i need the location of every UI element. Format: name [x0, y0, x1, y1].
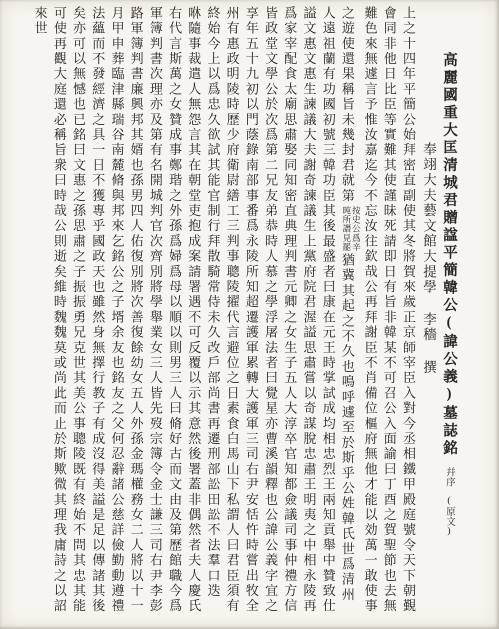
author-name: 李穡: [418, 312, 438, 343]
column-text: 猶冀其起之不久也鳴呼遽至於斯乎公姓韓氏世爲清州: [340, 253, 355, 603]
text-column-17: 法蘊而不發經濟之具一日不獲專乎國政天也雖然身無擇行教子有成沒得美謚是足以傳諸其後: [88, 6, 107, 625]
title-subtitle: 幷序: [438, 467, 459, 487]
text-column-12: 咻隨事裁遣人無怨言其在朝堂吏抱成案請署遇不可反覆以示其意然後署蓋非偶然者夫人慶氏: [184, 6, 203, 625]
title-edition-note: (原文): [438, 496, 459, 537]
author-column: 奉翊大夫藝文館大提學李穡撰: [418, 6, 438, 625]
text-column-4: 之遊使還果稱旨未幾封君就第按史公爲辛旽所譖見罷猶冀其起之不久也鳴呼遽至於斯乎公姓…: [338, 6, 361, 625]
text-column-10: 州有惠政明陵時歷少府衛尉繕工三判事聰陵擢代言避位之日素食白馬山下私謂人曰君臣須有: [222, 6, 241, 625]
text-column-11: 終始今上以爲忠久欲試其能官制行拜散騎常侍未久改戶部尚書再遷刑部訟田訟不法羣口迭: [203, 6, 222, 625]
text-column-9: 享年五十九初以門蔭錄南部事番爲永陵所知超遷護軍累轉大護軍三司右尹安恬忤時嘗出牧全: [242, 6, 261, 625]
text-column-13: 右代言斯萬之女贊成事鄭瑎之外孫爲婦爲母以順以則男三人曰脩好古而文由及第歷館職今爲: [165, 6, 184, 625]
title-parenthetical: (諱公義): [441, 315, 457, 406]
text-column-16: 月甲申葬臨津縣瑞谷南麓脩與邦來乞銘公之子壻余友也銘友之父何忍辭諸公慈詳儉勤動遵禮: [107, 6, 126, 625]
text-column-19: 可使再觀大庭還必稱旨衆曰時哉公則逝矣維時魏魏莫或尚此而止於斯歟微其理我庸詩之以詔: [50, 6, 69, 625]
closing-column: 來世: [30, 6, 49, 625]
interlinear-note-line: 旽所譖見罷: [341, 206, 351, 252]
text-column-18: 矣亦可以無憾也已銘曰文惠之孫思肅之子振振勇兄克世其美公事聰陵既有終始不問其忠其能: [69, 6, 88, 625]
interlinear-note-line: 按史公爲辛: [351, 206, 361, 252]
title-column: 高麗國重大匡清城君贈諡平簡韓公(諱公義)墓誌銘幷序(原文): [438, 6, 459, 625]
text-column-5: 人遠祖蘭有功國初號三韓功臣其後最盛者曰康在元王時掌試成均相忠烈王兩知貢舉中贊致仕: [318, 6, 337, 625]
author-office: 奉翊大夫藝文館大提學: [421, 142, 436, 295]
author-verb: 撰: [418, 360, 438, 375]
text-column-7: 爲家宰配食太廟思肅娶同知密直典理判書元卿之女生子五人大淳卒官知都僉議司事仲禮方信: [280, 6, 299, 625]
title-text: 高麗國重大匡清城君贈諡平簡韓公: [441, 52, 457, 315]
text-columns: 高麗國重大匡清城君贈諡平簡韓公(諱公義)墓誌銘幷序(原文) 奉翊大夫藝文館大提學…: [14, 6, 459, 625]
text-column-1: 上之十四年平簡公始拜密直副使其冬將賀來歲正京師宰臣入對今丞相鐵甲殿庭號令天下朝覲: [399, 6, 418, 625]
text-column-14: 軍簿判書次理亦及第有名開城判官次齊別將學舉業女三人皆先歿宗簿令金士謙三司右尹李彭: [146, 6, 165, 625]
interlinear-note: 按史公爲辛旽所譖見罷: [341, 206, 360, 252]
text-column-8: 皆政堂文學公於次爲第二兄友弟恭時人慕之學浮屠法者曰覺星亦曹溪韻釋也公諱公義字宜之: [261, 6, 280, 625]
text-column-6: 謚文惠文惠生諫議大夫謝奇諫議生上黨府院君渥謚思肅嘗以奇謀脫忠肅王明夷之中相永陵再: [299, 6, 318, 625]
column-text: 之遊使還果稱旨未幾封君就第: [340, 6, 355, 204]
manuscript-page: 高麗國重大匡清城君贈諡平簡韓公(諱公義)墓誌銘幷序(原文) 奉翊大夫藝文館大提學…: [0, 0, 499, 629]
text-column-15: 路軍簿判書廉興邦其婿也孫男四人佑復別將次善復餘幼女五人外孫金瑪權務女二人將以十一: [126, 6, 145, 625]
title-suffix: 墓誌銘: [441, 405, 457, 458]
text-column-2: 會同非他日比臣等實難其使謹昧死請即日有旨非韓某不可召公入面諭曰丁酉之賀聖節也去無: [380, 6, 399, 625]
text-column-3: 難色來無遽言予惟汝嘉迄今不忘汝往欽哉公再拜謝臣不肖備位樞府無他才能以効萬一敢使事: [360, 6, 379, 625]
